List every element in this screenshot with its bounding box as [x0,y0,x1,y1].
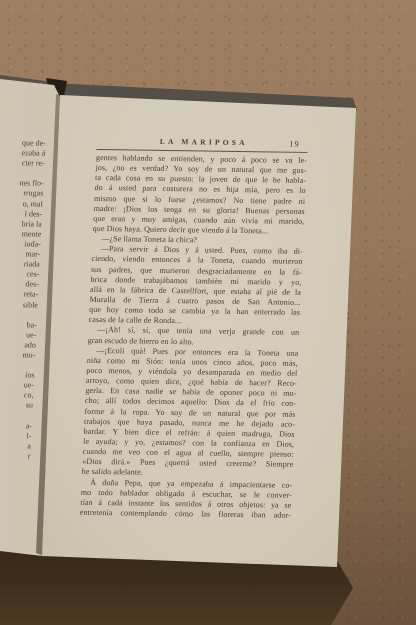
left-page-text-fragment: cter re- [0,158,45,169]
left-page-text-fragment: ba- [0,320,37,331]
left-page-text-fragment: iuda- [0,239,41,250]
left-page-text-fragment: l- [0,431,32,442]
left-page-text-fragment: íos [0,370,35,381]
left-page-text-fragment [0,309,38,320]
left-page-text-fragment: ces- [0,269,40,280]
left-page-text-fragment: r [0,451,31,462]
left-page-text-fragment: mente [0,229,42,240]
left-page-text-fragment [0,168,45,179]
left-page-text-fragment: ue- [0,380,34,391]
left-page-text-fragment: riada [0,259,40,270]
left-page-text-fragment: a [0,441,31,452]
left-page-text-fragment: que de- [0,138,46,149]
left-page-text-fragment: ado [0,340,36,351]
left-page-text-fragment: mu- [0,350,36,361]
page-number: 19 [289,139,300,149]
left-page-text-fragment: des- [0,279,39,290]
left-page-text-fragment: bría la [0,219,42,230]
left-page-text-fragment: nes flo- [0,178,44,189]
left-page-text-fragment: l des- [0,209,43,220]
left-page-text-fragment: a- [0,420,32,431]
left-page-text-fragment [0,360,35,371]
running-title: LA MARIPOSA [97,136,308,148]
left-page-text-fragment: mar- [0,249,41,260]
left-page-text-fragment: o, mal [0,199,43,210]
photo-of-open-book: que de-ezaba ácter re- nes flo-rrugaso, … [0,0,416,625]
left-page-text-fragment: co, [0,390,34,401]
left-page-text-fragment: su [0,400,33,411]
right-page-content: LA MARIPOSA 19 gentes hablando se entien… [96,136,308,151]
left-page-text-fragment: rrugas [0,188,44,199]
left-page-text-fragment: ue- [0,330,37,341]
left-page-text-fragment: sible [0,299,38,310]
left-page-text-fragment [0,410,33,421]
body-text: gentes hablando se entienden, y poco á p… [80,153,308,521]
left-page-text-fragment: ezaba á [0,148,46,159]
left-page-text-fragment: reta- [0,289,39,300]
